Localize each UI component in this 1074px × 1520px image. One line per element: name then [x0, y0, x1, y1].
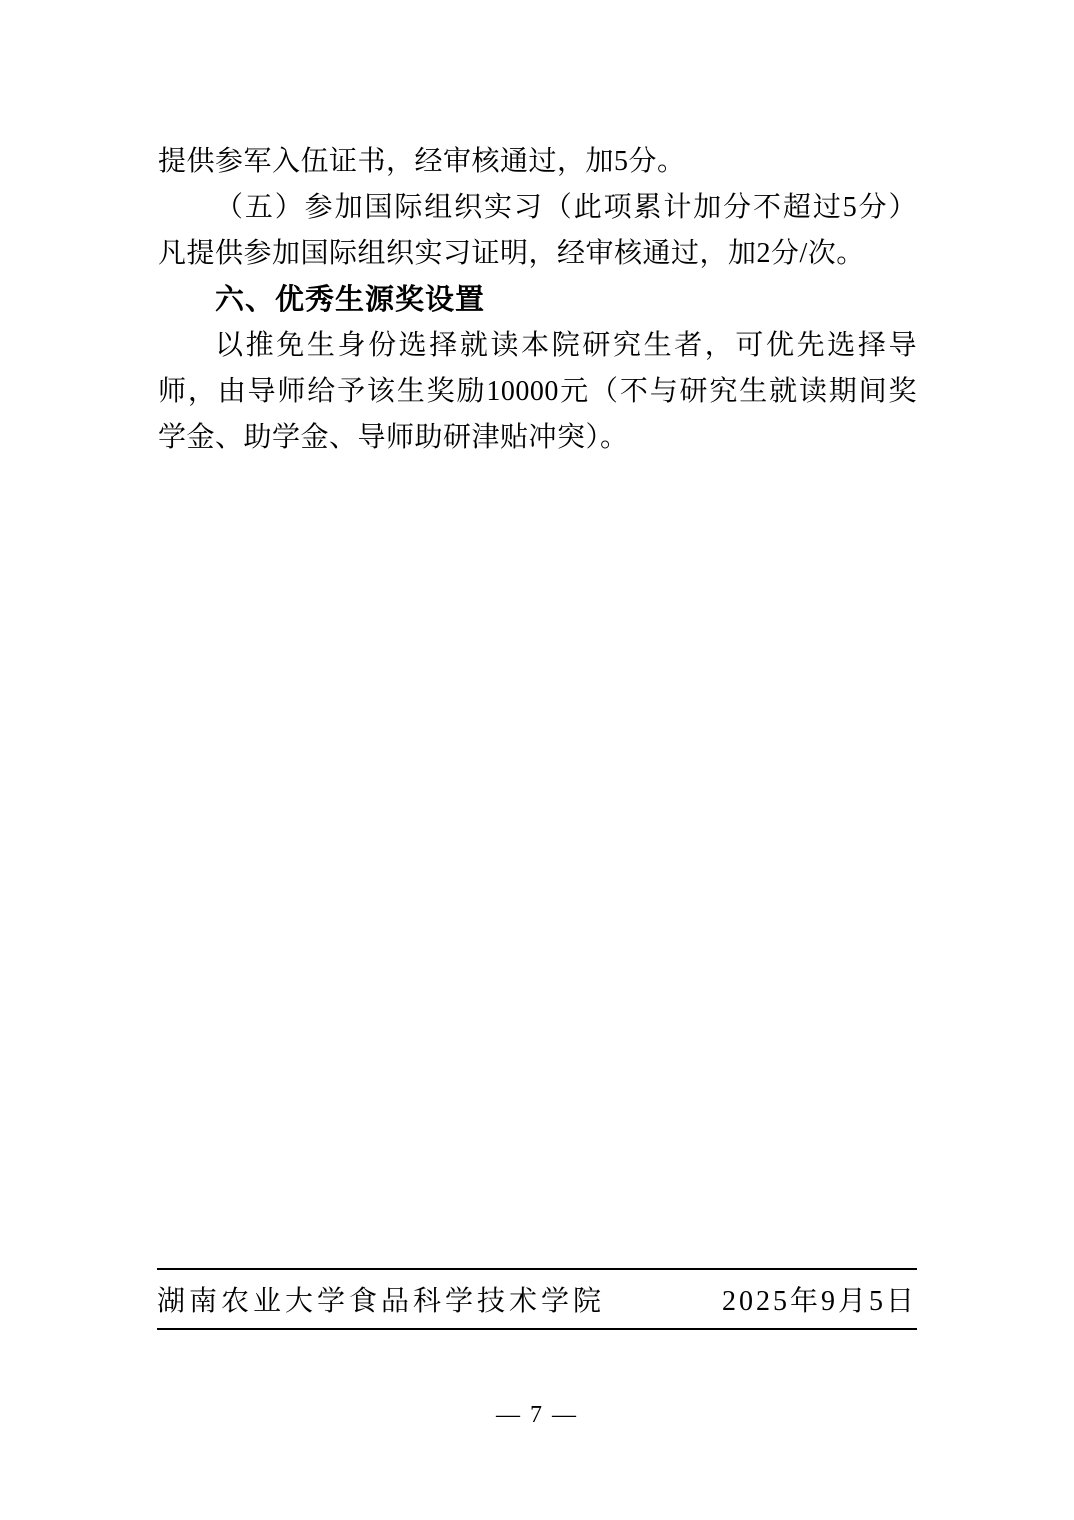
document-body: 提供参军入伍证书，经审核通过，加5分。 （五）参加国际组织实习（此项累计加分不超… — [158, 139, 917, 461]
body-line: 凡提供参加国际组织实习证明，经审核通过，加2分/次。 — [158, 231, 917, 277]
body-line: （五）参加国际组织实习（此项累计加分不超过5分） — [158, 185, 917, 231]
footer-signature-row: 湖南农业大学食品科学技术学院 2025年9月5日 — [157, 1270, 917, 1328]
document-page: 提供参军入伍证书，经审核通过，加5分。 （五）参加国际组织实习（此项累计加分不超… — [0, 0, 1074, 1520]
section-heading: 六、优秀生源奖设置 — [158, 277, 917, 323]
body-line: 以推免生身份选择就读本院研究生者，可优先选择导 — [158, 323, 917, 369]
body-line: 学金、助学金、导师助研津贴冲突）。 — [158, 415, 917, 461]
body-line: 提供参军入伍证书，经审核通过，加5分。 — [158, 139, 917, 185]
footer-bottom-rule — [157, 1328, 917, 1330]
issue-date: 2025年9月5日 — [722, 1279, 917, 1319]
page-number: — 7 — — [0, 1402, 1074, 1428]
body-line: 师，由导师给予该生奖励10000元（不与研究生就读期间奖 — [158, 369, 917, 415]
issuer-name: 湖南农业大学食品科学技术学院 — [157, 1279, 605, 1319]
document-footer: 湖南农业大学食品科学技术学院 2025年9月5日 — [157, 1268, 917, 1330]
